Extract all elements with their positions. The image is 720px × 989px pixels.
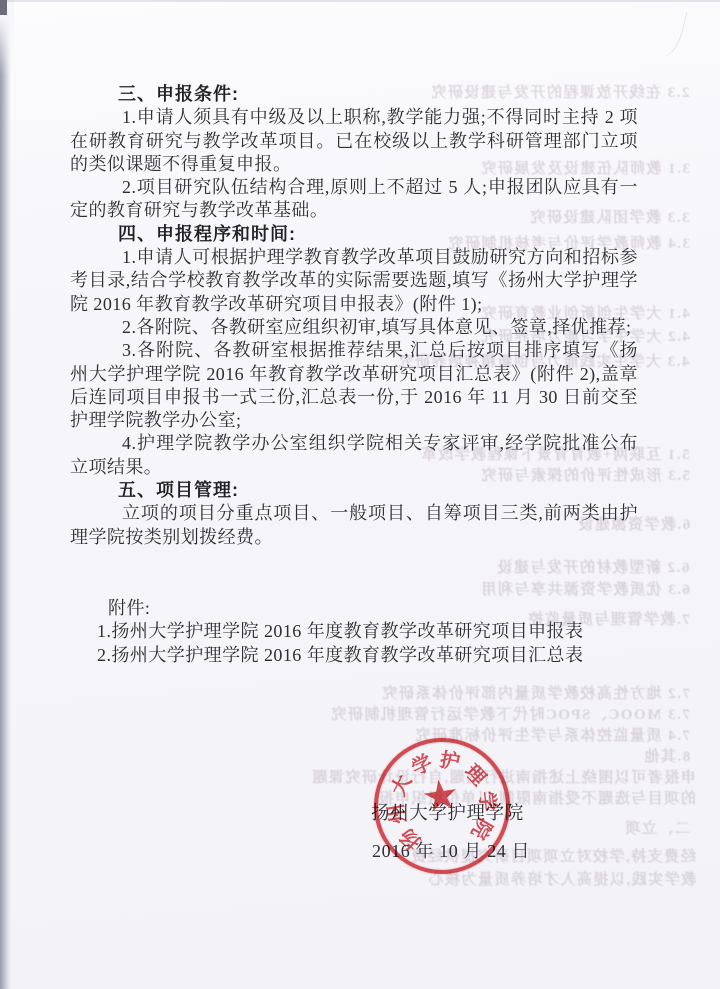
para-procedure-1: 1.申请人可根据护理学教育教学改革项目鼓励研究方向和招标参考目录,结合学校教育教… — [70, 246, 638, 316]
para-conditions-1: 1.申请人须具有中级及以上职称,教学能力强;不得同时主持 2 项在研教育研究与教… — [70, 106, 638, 176]
bleedthrough-line: 7.3 MOOC、SPOC时代下教学运行管理机制研究 — [330, 706, 690, 724]
para-procedure-3: 3.各附院、各教研室根据推荐结果,汇总后按项目排序填写《扬州大学护理学院 201… — [70, 339, 638, 432]
attachments-block: 附件: 1.扬州大学护理学院 2016 年度教育教学改革研究项目申报表 2.扬州… — [70, 597, 638, 667]
seal-character: 州 — [385, 801, 410, 826]
bleedthrough-line: 二、立项 — [624, 820, 690, 838]
document-body: 三、申报条件: 1.申请人须具有中级及以上职称,教学能力强;不得同时主持 2 项… — [70, 83, 638, 667]
attachment-item-1: 1.扬州大学护理学院 2016 年度教育教学改革研究项目申报表 — [70, 620, 638, 643]
attachments-label: 附件: — [70, 597, 638, 620]
paper-crease — [649, 5, 687, 60]
heading-project-management: 五、项目管理: — [70, 479, 638, 502]
seal-character: 学 — [475, 789, 499, 813]
para-management-1: 立项的项目分重点项目、一般项目、自筹项目三类,前两类由护理学院按类别划拨经费。 — [70, 502, 638, 549]
scanned-page: 2.3 在线开放课程的开发与建设研究 3.1 教师队伍建设及发展研究 3.3 教… — [0, 0, 720, 989]
page-top-edge — [0, 0, 720, 2]
bleedthrough-line: 7.2 地方性高校教学质量内部评价体系研究 — [381, 685, 690, 703]
seal-character: 护 — [437, 749, 462, 774]
para-procedure-2: 2.各附院、各教研室应组织初审,填写具体意见、签章,择优推荐; — [70, 316, 638, 339]
page-edge-shadow — [0, 0, 11, 989]
star-icon: ★ — [419, 773, 462, 820]
para-conditions-2: 2.项目研究队伍结构合理,原则上不超过 5 人;申报团队应具有一定的教育研究与教… — [70, 176, 638, 223]
bleedthrough-line: 8.其他 — [643, 748, 690, 766]
heading-application-conditions: 三、申报条件: — [70, 83, 638, 106]
para-procedure-4: 4.护理学院教学办公室组织学院相关专家评审,经学院批准公布立项结果。 — [70, 432, 638, 479]
heading-application-procedure: 四、申报程序和时间: — [70, 223, 638, 246]
bleedthrough-line: 教学实践,以提高人才培养质量为核心 — [427, 871, 696, 889]
official-seal: ★ 扬 州 大 学 护 理 学 院 — [365, 729, 519, 883]
scanner-corner-mark — [0, 0, 7, 15]
attachment-item-2: 2.扬州大学护理学院 2016 年度教育教学改革研究项目汇总表 — [70, 644, 638, 667]
